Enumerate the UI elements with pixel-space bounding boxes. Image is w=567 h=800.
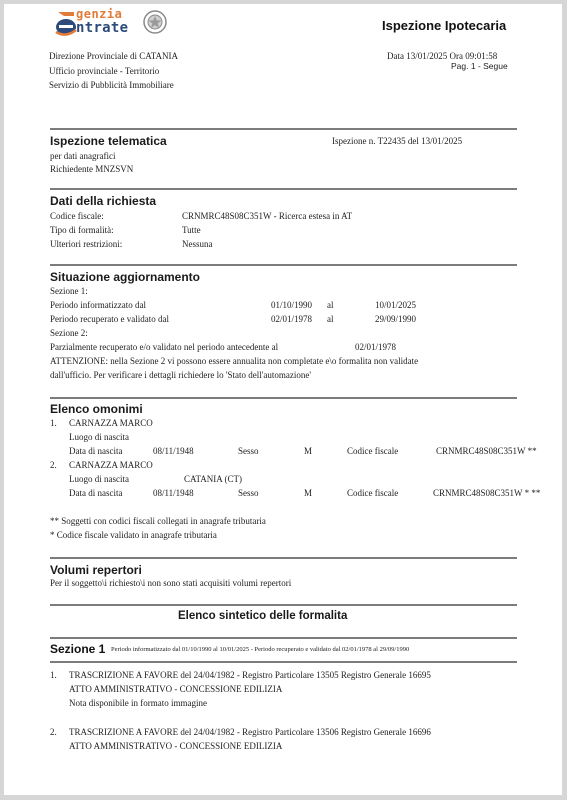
formalita-note: Nota disponibile in formato immagine bbox=[69, 698, 207, 708]
sezione-description: Periodo informatizzato dal 01/10/1990 al… bbox=[111, 646, 409, 653]
richiesta-label-cf: Codice fiscale: bbox=[50, 211, 104, 221]
divider bbox=[50, 661, 517, 663]
republic-emblem-icon bbox=[142, 8, 168, 36]
periodo-recuperato-al: al bbox=[327, 314, 334, 324]
omonimo-data: 08/11/1948 bbox=[153, 446, 194, 456]
divider bbox=[50, 604, 517, 606]
omonimo-sesso-label: Sesso bbox=[238, 446, 259, 456]
note-codici-collegati: ** Soggetti con codici fiscali collegati… bbox=[50, 516, 266, 526]
periodo-recuperato-label: Periodo recuperato e validato dal bbox=[50, 314, 169, 324]
richiesta-value-tipo: Tutte bbox=[182, 225, 201, 235]
sezione1-label: Sezione 1: bbox=[50, 286, 88, 296]
omonimo-cf-label: Codice fiscale bbox=[347, 446, 398, 456]
formalita-title: Elenco sintetico delle formalita bbox=[178, 610, 347, 622]
omonimo-number: 1. bbox=[50, 418, 57, 428]
formalita-line2: ATTO AMMINISTRATIVO - CONCESSIONE EDILIZ… bbox=[69, 684, 282, 694]
formalita-line1[interactable]: TRASCRIZIONE A FAVORE del 24/04/1982 - R… bbox=[69, 727, 431, 737]
omonimo-luogo-label: Luogo di nascita bbox=[69, 432, 129, 442]
omonimo-luogo: CATANIA (CT) bbox=[184, 474, 242, 484]
omonimo-cf: CRNMRC48S08C351W * ** bbox=[433, 488, 540, 498]
periodo-informatizzato-from: 01/10/1990 bbox=[271, 300, 312, 310]
document-title: Ispezione Ipotecaria bbox=[382, 18, 506, 33]
sezione-title: Sezione 1 bbox=[50, 642, 105, 656]
periodo-informatizzato-label: Periodo informatizzato dal bbox=[50, 300, 146, 310]
omonimo-sesso: M bbox=[304, 446, 312, 456]
logo-text-line2: ntrate bbox=[76, 20, 128, 36]
agenzia-entrate-logo: genzia ntrate bbox=[54, 6, 174, 42]
divider bbox=[50, 188, 517, 190]
richiesta-value-restrizioni: Nessuna bbox=[182, 239, 213, 249]
ispezione-title: Ispezione telematica bbox=[50, 134, 167, 148]
omonimo-luogo-label: Luogo di nascita bbox=[69, 474, 129, 484]
omonimi-title: Elenco omonimi bbox=[50, 402, 143, 416]
parziale-date: 02/01/1978 bbox=[355, 342, 396, 352]
office-line-servizio: Servizio di Pubblicità Immobiliare bbox=[49, 80, 174, 90]
divider bbox=[50, 557, 517, 559]
omonimo-number: 2. bbox=[50, 460, 57, 470]
divider bbox=[50, 637, 517, 639]
volumi-title: Volumi repertori bbox=[50, 563, 142, 577]
divider bbox=[50, 128, 517, 130]
richiedente: Richiedente MNZSVN bbox=[50, 164, 133, 174]
periodo-informatizzato-to: 10/01/2025 bbox=[375, 300, 416, 310]
volumi-text: Per il soggetto\i richiesto\i non sono s… bbox=[50, 578, 291, 588]
omonimo-sesso: M bbox=[304, 488, 312, 498]
omonimo-cf-label: Codice fiscale bbox=[347, 488, 398, 498]
office-line-ufficio: Ufficio provinciale - Territorio bbox=[49, 66, 159, 76]
richiesta-label-restrizioni: Ulteriori restrizioni: bbox=[50, 239, 122, 249]
formalita-line1[interactable]: TRASCRIZIONE A FAVORE del 24/04/1982 - R… bbox=[69, 670, 431, 680]
omonimo-data-label: Data di nascita bbox=[69, 488, 122, 498]
divider bbox=[50, 264, 517, 266]
omonimo-cf: CRNMRC48S08C351W ** bbox=[436, 446, 537, 456]
omonimo-name: CARNAZZA MARCO bbox=[69, 418, 153, 428]
formalita-line2: ATTO AMMINISTRATIVO - CONCESSIONE EDILIZ… bbox=[69, 741, 282, 751]
omonimo-data-label: Data di nascita bbox=[69, 446, 122, 456]
sezione2-label: Sezione 2: bbox=[50, 328, 88, 338]
formalita-number: 2. bbox=[50, 727, 57, 737]
richiesta-label-tipo: Tipo di formalità: bbox=[50, 225, 114, 235]
agenzia-entrate-logo-icon bbox=[54, 10, 78, 36]
richiesta-title: Dati della richiesta bbox=[50, 194, 156, 208]
periodo-recuperato-to: 29/09/1990 bbox=[375, 314, 416, 324]
parziale-label: Parzialmente recuperato e/o validato nel… bbox=[50, 342, 278, 352]
ispezione-number: Ispezione n. T22435 del 13/01/2025 bbox=[332, 136, 462, 146]
omonimo-sesso-label: Sesso bbox=[238, 488, 259, 498]
formalita-number: 1. bbox=[50, 670, 57, 680]
page-indicator: Pag. 1 - Segue bbox=[451, 61, 508, 71]
omonimo-name: CARNAZZA MARCO bbox=[69, 460, 153, 470]
note-codice-validato: * Codice fiscale validato in anagrafe tr… bbox=[50, 530, 217, 540]
date-time: Data 13/01/2025 Ora 09:01:58 bbox=[387, 51, 497, 61]
attenzione-line1: ATTENZIONE: nella Sezione 2 vi possono e… bbox=[50, 356, 418, 366]
divider bbox=[50, 397, 517, 399]
document-page: genzia ntrate Ispezione Ipotecaria Direz… bbox=[4, 4, 562, 795]
aggiornamento-title: Situazione aggiornamento bbox=[50, 270, 200, 284]
periodo-recuperato-from: 02/01/1978 bbox=[271, 314, 312, 324]
ispezione-subtitle: per dati anagrafici bbox=[50, 151, 115, 161]
richiesta-value-cf: CRNMRC48S08C351W - Ricerca estesa in AT bbox=[182, 211, 352, 221]
office-line-direzione: Direzione Provinciale di CATANIA bbox=[49, 51, 178, 61]
periodo-informatizzato-al: al bbox=[327, 300, 334, 310]
attenzione-line2: dall'ufficio. Per verificare i dettagli … bbox=[50, 370, 311, 380]
logo-text-line1: genzia bbox=[76, 7, 122, 21]
omonimo-data: 08/11/1948 bbox=[153, 488, 194, 498]
